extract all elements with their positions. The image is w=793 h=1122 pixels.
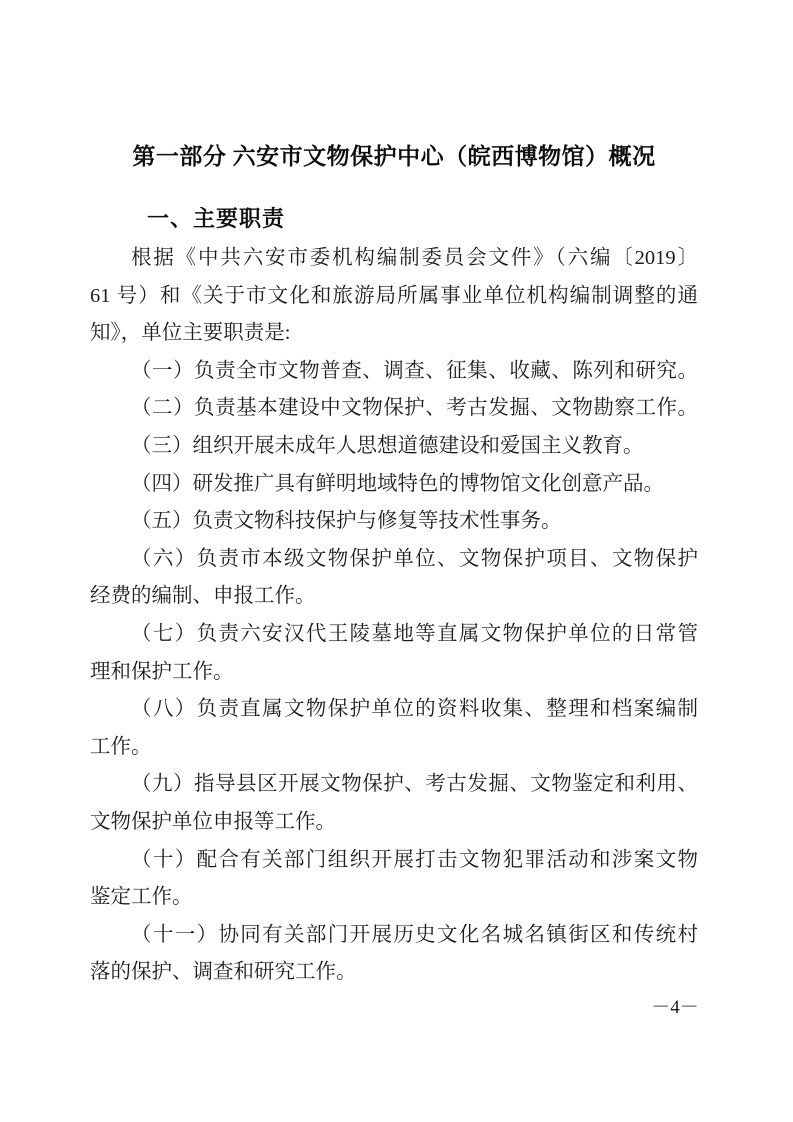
- body-line: 知》，单位主要职责是:: [90, 315, 698, 353]
- body-line: （二）负责基本建设中文物保护、考古发掘、文物勘察工作。: [90, 390, 698, 428]
- body-line: （九）指导县区开展文物保护、考古发掘、文物鉴定和利用、: [90, 766, 698, 804]
- body-line: 文物保护单位申报等工作。: [90, 804, 698, 842]
- body-line: （一）负责全市文物普查、调查、征集、收藏、陈列和研究。: [90, 353, 698, 391]
- body-line: （六）负责市本级文物保护单位、文物保护项目、文物保护: [90, 541, 698, 579]
- body-line: （四）研发推广具有鲜明地域特色的博物馆文化创意产品。: [90, 466, 698, 504]
- body-line: 理和保护工作。: [90, 654, 698, 692]
- body-line: （三）组织开展未成年人思想道德建设和爱国主义教育。: [90, 428, 698, 466]
- page-number: －4－: [640, 992, 710, 1019]
- document-title: 第一部分 六安市文物保护中心（皖西博物馆）概况: [90, 140, 698, 174]
- body-line: 61 号）和《关于市文化和旅游局所属事业单位机构编制调整的通: [90, 278, 698, 316]
- body-line: （七）负责六安汉代王陵墓地等直属文物保护单位的日常管: [90, 616, 698, 654]
- body-line: （十一）协同有关部门开展历史文化名城名镇街区和传统村: [90, 917, 698, 955]
- body-line: 经费的编制、申报工作。: [90, 578, 698, 616]
- body-line: 落的保护、调查和研究工作。: [90, 954, 698, 992]
- document-body: 根据《中共六安市委机构编制委员会文件》（六编〔2019〕61 号）和《关于市文化…: [90, 240, 698, 992]
- body-line: （十）配合有关部门组织开展打击文物犯罪活动和涉案文物: [90, 842, 698, 880]
- body-line: （八）负责直属文物保护单位的资料收集、整理和档案编制: [90, 691, 698, 729]
- body-line: 工作。: [90, 729, 698, 767]
- body-line: 鉴定工作。: [90, 879, 698, 917]
- section-heading: 一、主要职责: [147, 204, 285, 234]
- body-line: （五）负责文物科技保护与修复等技术性事务。: [90, 503, 698, 541]
- body-line: 根据《中共六安市委机构编制委员会文件》（六编〔2019〕: [90, 240, 698, 278]
- document-page: 第一部分 六安市文物保护中心（皖西博物馆）概况 一、主要职责 根据《中共六安市委…: [0, 0, 793, 1122]
